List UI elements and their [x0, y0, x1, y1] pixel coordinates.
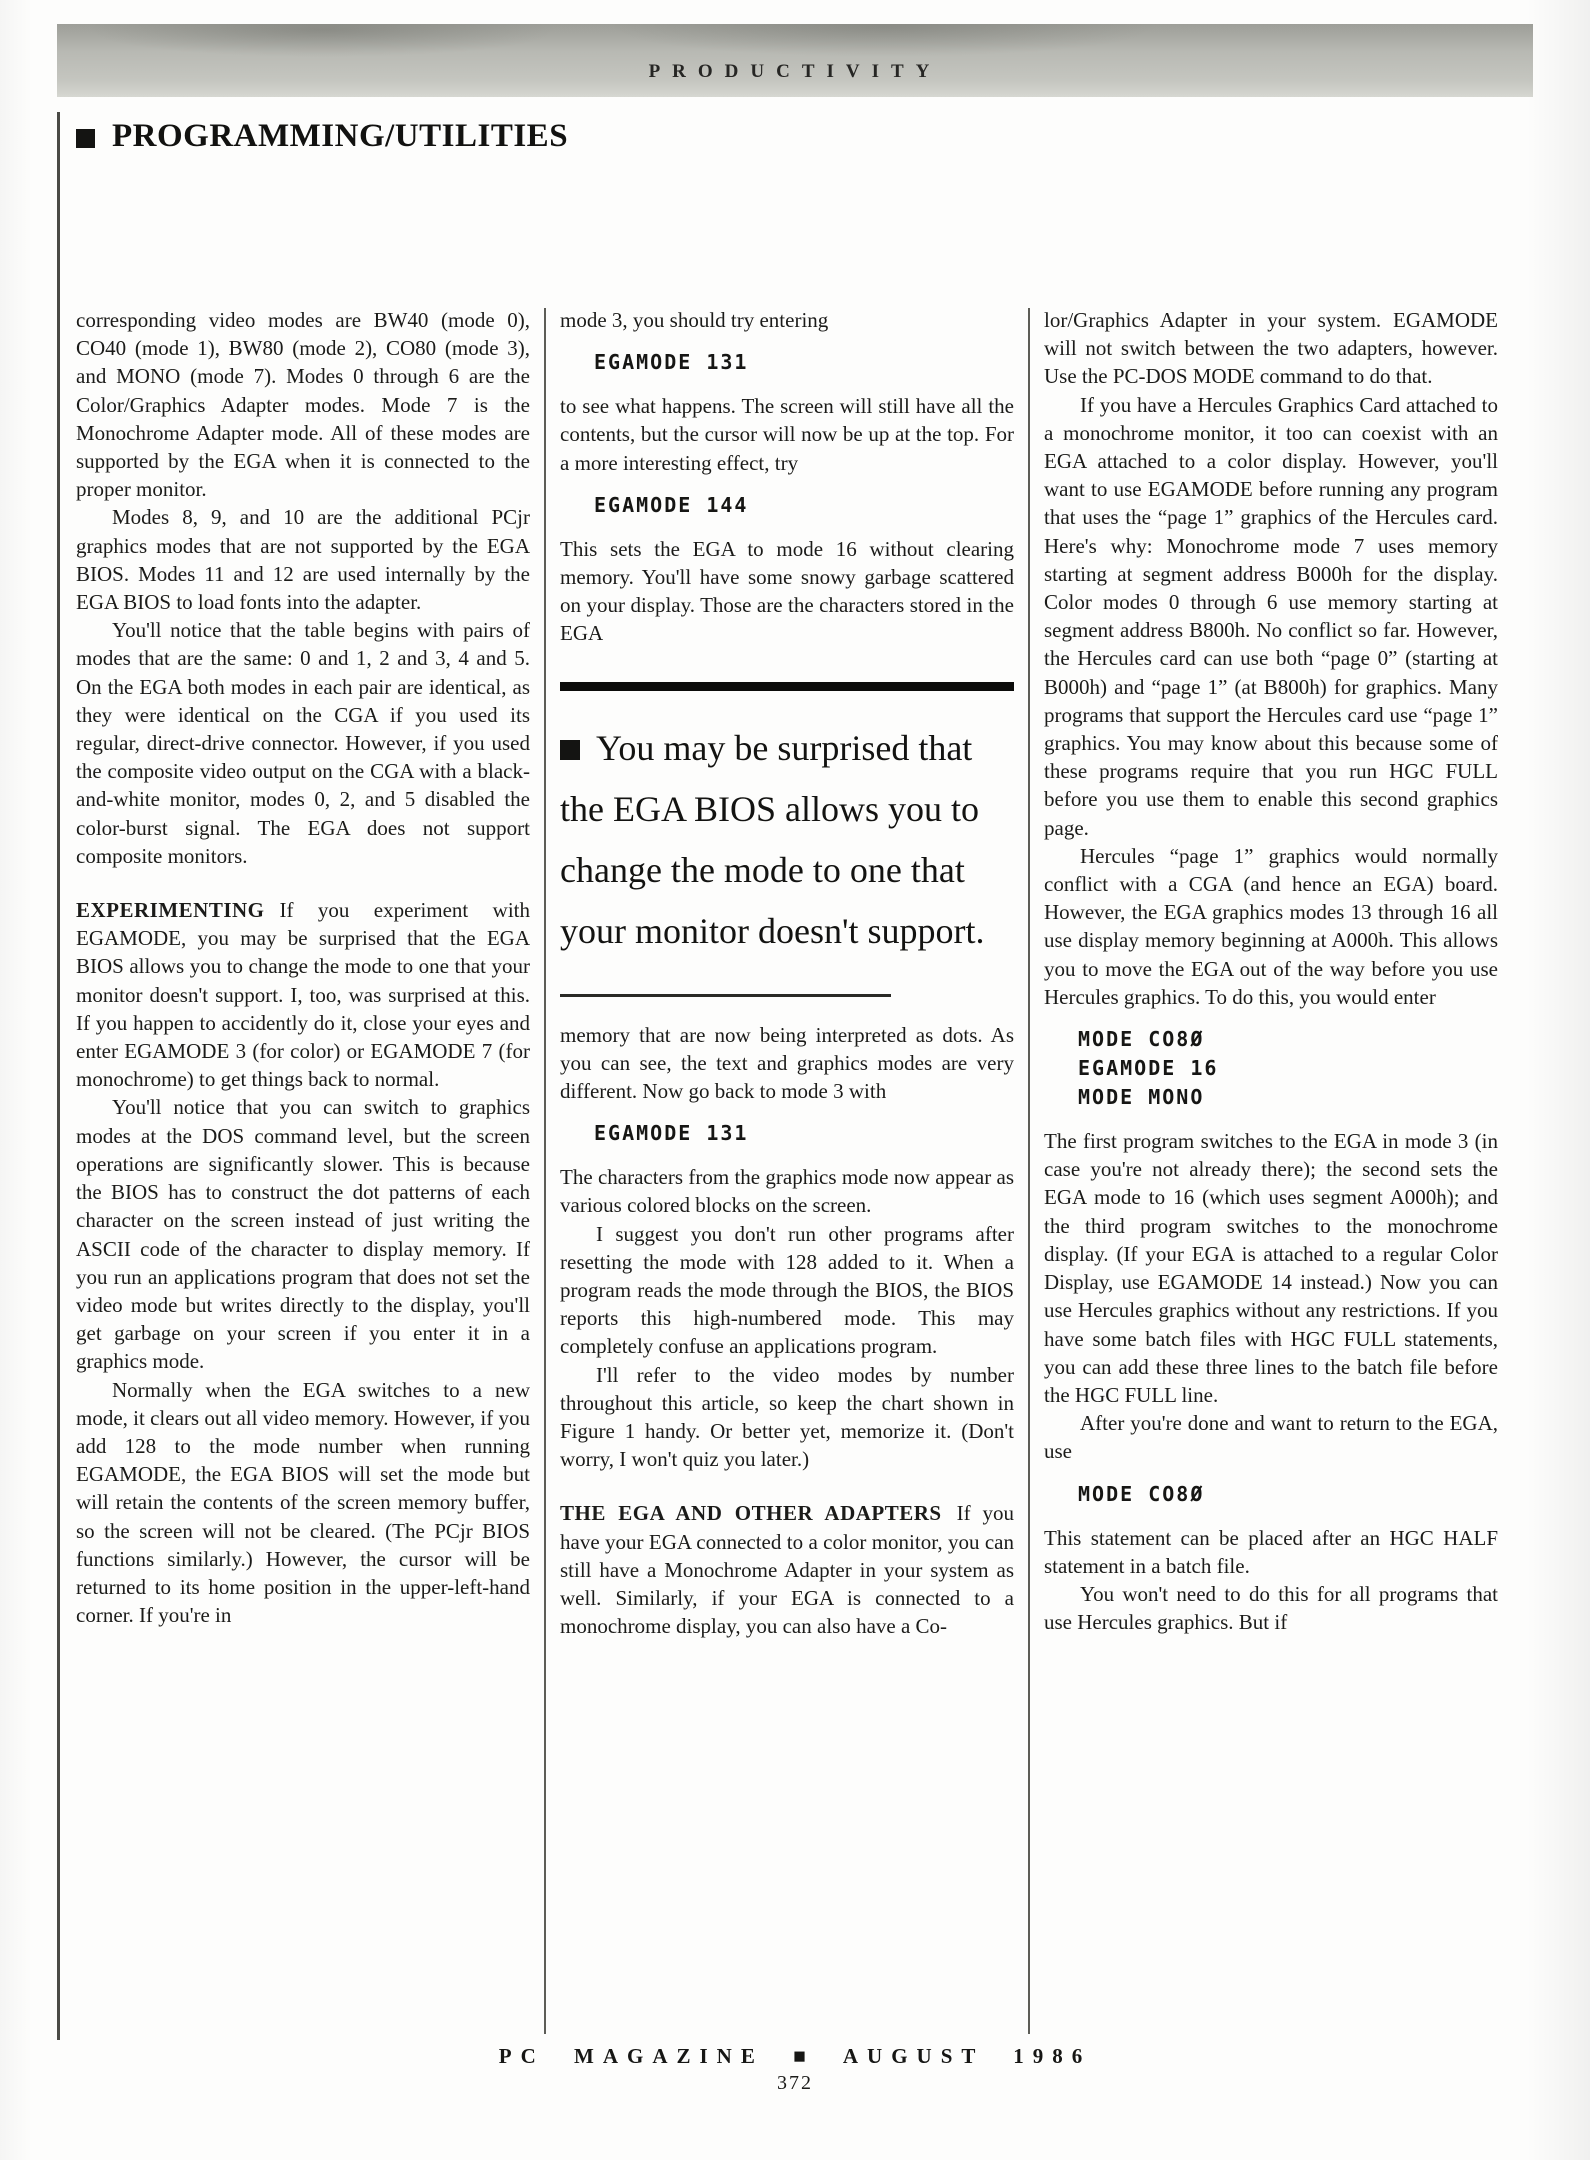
- paragraph: You'll notice that the table begins with…: [76, 616, 530, 870]
- paragraph: I suggest you don't run other programs a…: [560, 1220, 1014, 1361]
- code-line: EGAMODE 144: [594, 491, 1014, 520]
- footer-line: PC MAGAZINE ■ AUGUST 1986: [0, 2044, 1590, 2069]
- paragraph: Modes 8, 9, and 10 are the additional PC…: [76, 503, 530, 616]
- paragraph: EXPERIMENTINGIf you experiment with EGAM…: [76, 896, 530, 1093]
- code-block: EGAMODE 131: [560, 348, 1014, 377]
- paragraph: You'll notice that you can switch to gra…: [76, 1093, 530, 1375]
- paragraph: If you have a Hercules Graphics Card att…: [1044, 391, 1498, 842]
- left-rule: [57, 112, 60, 2040]
- pull-quote-bullet-icon: [560, 740, 580, 760]
- code-line: EGAMODE 16: [1078, 1054, 1498, 1083]
- pull-quote-bottom-rule: [560, 994, 891, 997]
- article-column-3: lor/Graphics Adapter in your system. EGA…: [1044, 306, 1498, 2038]
- paragraph: I'll refer to the video modes by number …: [560, 1361, 1014, 1474]
- column-divider: [544, 308, 546, 2034]
- paragraph: Normally when the EGA switches to a new …: [76, 1376, 530, 1630]
- pull-quote: You may be surprised that the EGA BIOS a…: [560, 682, 1014, 997]
- pull-quote-text: You may be surprised that the EGA BIOS a…: [560, 718, 1014, 962]
- banner-title: PRODUCTIVITY: [649, 61, 942, 97]
- article-columns: corresponding video modes are BW40 (mode…: [76, 306, 1514, 2038]
- code-block: MODE CO8ØEGAMODE 16MODE MONO: [1044, 1025, 1498, 1112]
- article-column-1: corresponding video modes are BW40 (mode…: [76, 306, 530, 2038]
- paragraph: The first program switches to the EGA in…: [1044, 1127, 1498, 1409]
- paragraph: lor/Graphics Adapter in your system. EGA…: [1044, 306, 1498, 391]
- column-divider: [1028, 308, 1030, 2034]
- productivity-banner: PRODUCTIVITY: [57, 24, 1533, 97]
- run-in-heading: EXPERIMENTING: [76, 898, 265, 922]
- code-line: EGAMODE 131: [594, 1119, 1014, 1148]
- code-line: MODE CO8Ø: [1078, 1480, 1498, 1509]
- paragraph: The characters from the graphics mode no…: [560, 1163, 1014, 1219]
- section-bullet-icon: [76, 129, 95, 148]
- code-block: EGAMODE 144: [560, 491, 1014, 520]
- page-footer: PC MAGAZINE ■ AUGUST 1986 372: [0, 2044, 1590, 2095]
- paragraph: memory that are now being interpreted as…: [560, 1021, 1014, 1106]
- code-line: EGAMODE 131: [594, 348, 1014, 377]
- paragraph: This sets the EGA to mode 16 without cle…: [560, 535, 1014, 648]
- paragraph: corresponding video modes are BW40 (mode…: [76, 306, 530, 503]
- code-line: MODE CO8Ø: [1078, 1025, 1498, 1054]
- paragraph: mode 3, you should try entering: [560, 306, 1014, 334]
- paragraph: THE EGA AND OTHER ADAPTERSIf you have yo…: [560, 1499, 1014, 1640]
- run-in-heading: THE EGA AND OTHER ADAPTERS: [560, 1501, 942, 1525]
- code-block: EGAMODE 131: [560, 1119, 1014, 1148]
- page-number: 372: [0, 2072, 1590, 2095]
- code-block: MODE CO8Ø: [1044, 1480, 1498, 1509]
- article-column-2: mode 3, you should try enteringEGAMODE 1…: [560, 306, 1014, 2038]
- paragraph: After you're done and want to return to …: [1044, 1409, 1498, 1465]
- paragraph: Hercules “page 1” graphics would normall…: [1044, 842, 1498, 1011]
- paragraph: You won't need to do this for all progra…: [1044, 1580, 1498, 1636]
- paragraph: This statement can be placed after an HG…: [1044, 1524, 1498, 1580]
- section-heading: PROGRAMMING/UTILITIES: [76, 118, 568, 155]
- paragraph: to see what happens. The screen will sti…: [560, 392, 1014, 477]
- magazine-page: PRODUCTIVITY PROGRAMMING/UTILITIES corre…: [0, 0, 1590, 2160]
- code-line: MODE MONO: [1078, 1083, 1498, 1112]
- section-title: PROGRAMMING/UTILITIES: [112, 118, 568, 155]
